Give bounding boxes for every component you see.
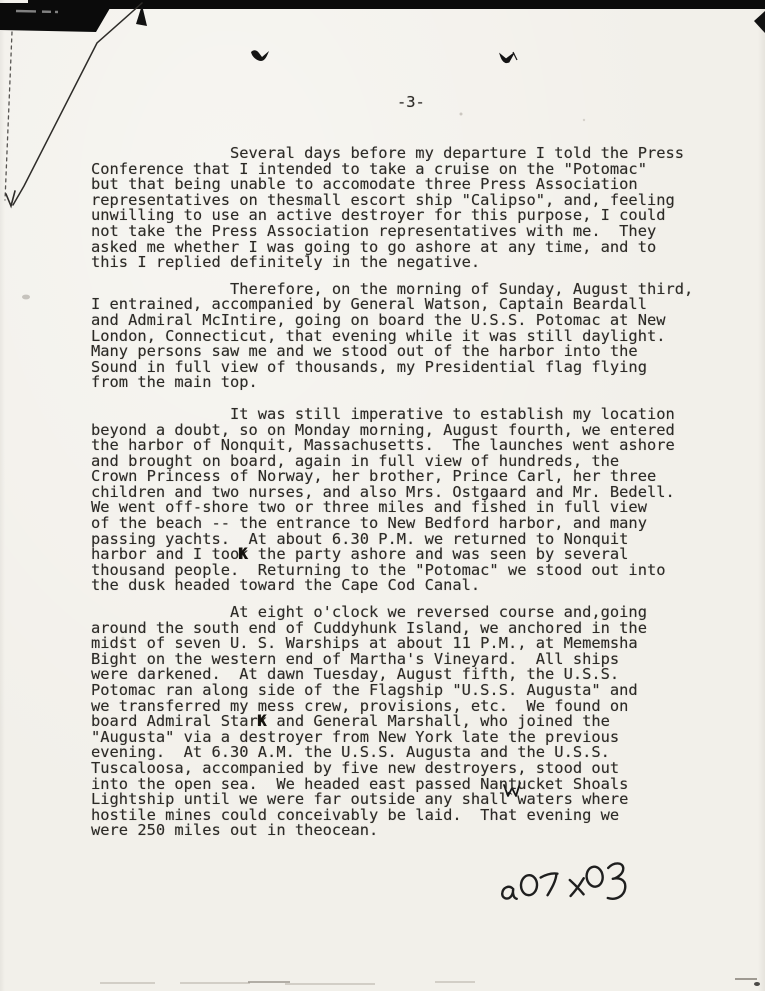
overstrike-k-stark: K [257,713,267,729]
handwritten-note-text: a 07 x 03 [0,0,1,1]
typed-text-column: Several days before my departure I told … [91,146,751,839]
scanner-bar [0,0,765,32]
document-page: -3- Several days before my departure I t… [0,0,765,991]
page-number: -3- [397,95,425,111]
paragraph-departure: Therefore, on the morning of Sunday, Aug… [91,282,751,391]
check-mark-icon [500,52,517,63]
handwritten-annotation [501,863,626,904]
paragraph-nonquit: It was still imperative to establish my … [91,407,751,594]
inserted-char-text: w [0,0,1,1]
insert-caret-mark: ^ [505,791,513,802]
paragraph-augusta: At eight o'clock we reversed course and,… [91,605,751,839]
paragraph-press-conference: Several days before my departure I told … [91,146,751,271]
check-mark-icon [251,50,269,61]
corner-tick-icon [754,11,765,33]
overstrike-k-took: K [238,546,248,562]
